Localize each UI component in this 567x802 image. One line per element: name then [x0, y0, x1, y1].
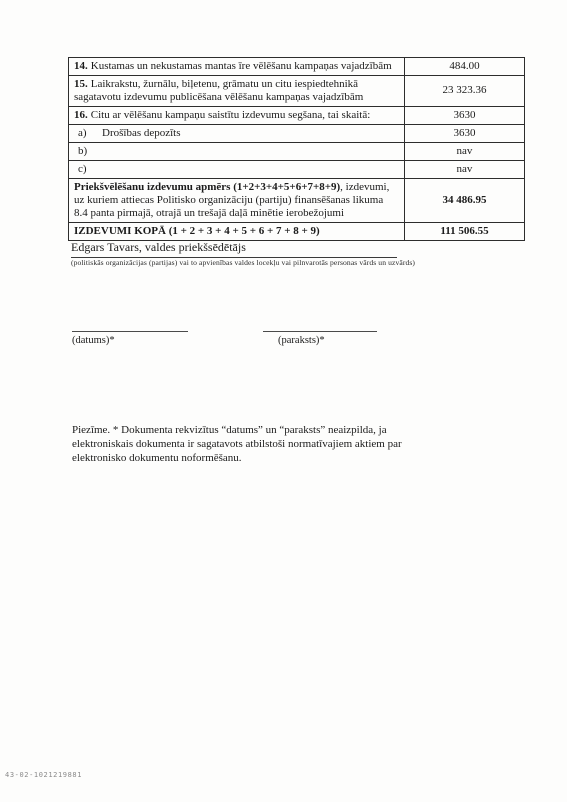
- row-label: a)Drošības depozīts: [69, 124, 405, 142]
- row-label: 14.Kustamas un nekustamas mantas īre vēl…: [69, 58, 405, 76]
- row-label: 15.Laikrakstu, žurnālu, biļetenu, grāmat…: [69, 75, 405, 106]
- row-label: Priekšvēlēšanu izdevumu apmērs (1+2+3+4+…: [69, 178, 405, 222]
- signature-label: (paraksts)*: [278, 335, 325, 346]
- document-code: 43-02-1021219881: [5, 771, 82, 779]
- row-label-text: Laikrakstu, žurnālu, biļetenu, grāmatu u…: [74, 78, 363, 103]
- table-row: 16.Citu ar vēlēšanu kampaņu saistītu izd…: [69, 106, 525, 124]
- row-label: b): [69, 142, 405, 160]
- signature-line: [263, 331, 377, 332]
- row-label-text: Citu ar vēlēšanu kampaņu saistītu izdevu…: [91, 109, 371, 121]
- row-number: 16.: [74, 109, 88, 121]
- row-letter: b): [74, 145, 102, 158]
- row-value: 111 506.55: [405, 222, 525, 240]
- signature-name: Edgars Tavars, valdes priekšsēdētājs: [71, 240, 397, 258]
- row-label: c): [69, 160, 405, 178]
- row-value: nav: [405, 160, 525, 178]
- table-row-subtotal: Priekšvēlēšanu izdevumu apmērs (1+2+3+4+…: [69, 178, 525, 222]
- row-label: IZDEVUMI KOPĀ (1 + 2 + 3 + 4 + 5 + 6 + 7…: [69, 222, 405, 240]
- row-letter: c): [74, 163, 102, 176]
- row-value: 3630: [405, 106, 525, 124]
- expenses-table: 14.Kustamas un nekustamas mantas īre vēl…: [68, 57, 525, 241]
- row-value: 34 486.95: [405, 178, 525, 222]
- row-number: 15.: [74, 78, 88, 90]
- row-value: 484.00: [405, 58, 525, 76]
- row-label-bold: Priekšvēlēšanu izdevumu apmērs (1+2+3+4+…: [74, 181, 340, 193]
- row-label: 16.Citu ar vēlēšanu kampaņu saistītu izd…: [69, 106, 405, 124]
- row-label-bold: IZDEVUMI KOPĀ (1 + 2 + 3 + 4 + 5 + 6 + 7…: [74, 225, 320, 237]
- table-row-grand-total: IZDEVUMI KOPĀ (1 + 2 + 3 + 4 + 5 + 6 + 7…: [69, 222, 525, 240]
- table-subrow: a)Drošības depozīts 3630: [69, 124, 525, 142]
- scanned-document-page: 14.Kustamas un nekustamas mantas īre vēl…: [0, 0, 567, 802]
- signature-caption: (politiskās organizācijas (partijas) vai…: [71, 258, 415, 267]
- table-subrow: b) nav: [69, 142, 525, 160]
- row-letter: a): [74, 127, 102, 140]
- date-signature-line: [72, 331, 188, 332]
- row-number: 14.: [74, 60, 88, 72]
- table-row: 14.Kustamas un nekustamas mantas īre vēl…: [69, 58, 525, 76]
- row-value: 23 323.36: [405, 75, 525, 106]
- row-label-text: Kustamas un nekustamas mantas īre vēlēša…: [91, 60, 392, 72]
- table-subrow: c) nav: [69, 160, 525, 178]
- row-value: 3630: [405, 124, 525, 142]
- row-label-text: Drošības depozīts: [102, 127, 181, 139]
- footnote-text: Piezīme. * Dokumenta rekvizītus “datums”…: [72, 424, 420, 465]
- row-value: nav: [405, 142, 525, 160]
- date-label: (datums)*: [72, 335, 115, 346]
- table-row: 15.Laikrakstu, žurnālu, biļetenu, grāmat…: [69, 75, 525, 106]
